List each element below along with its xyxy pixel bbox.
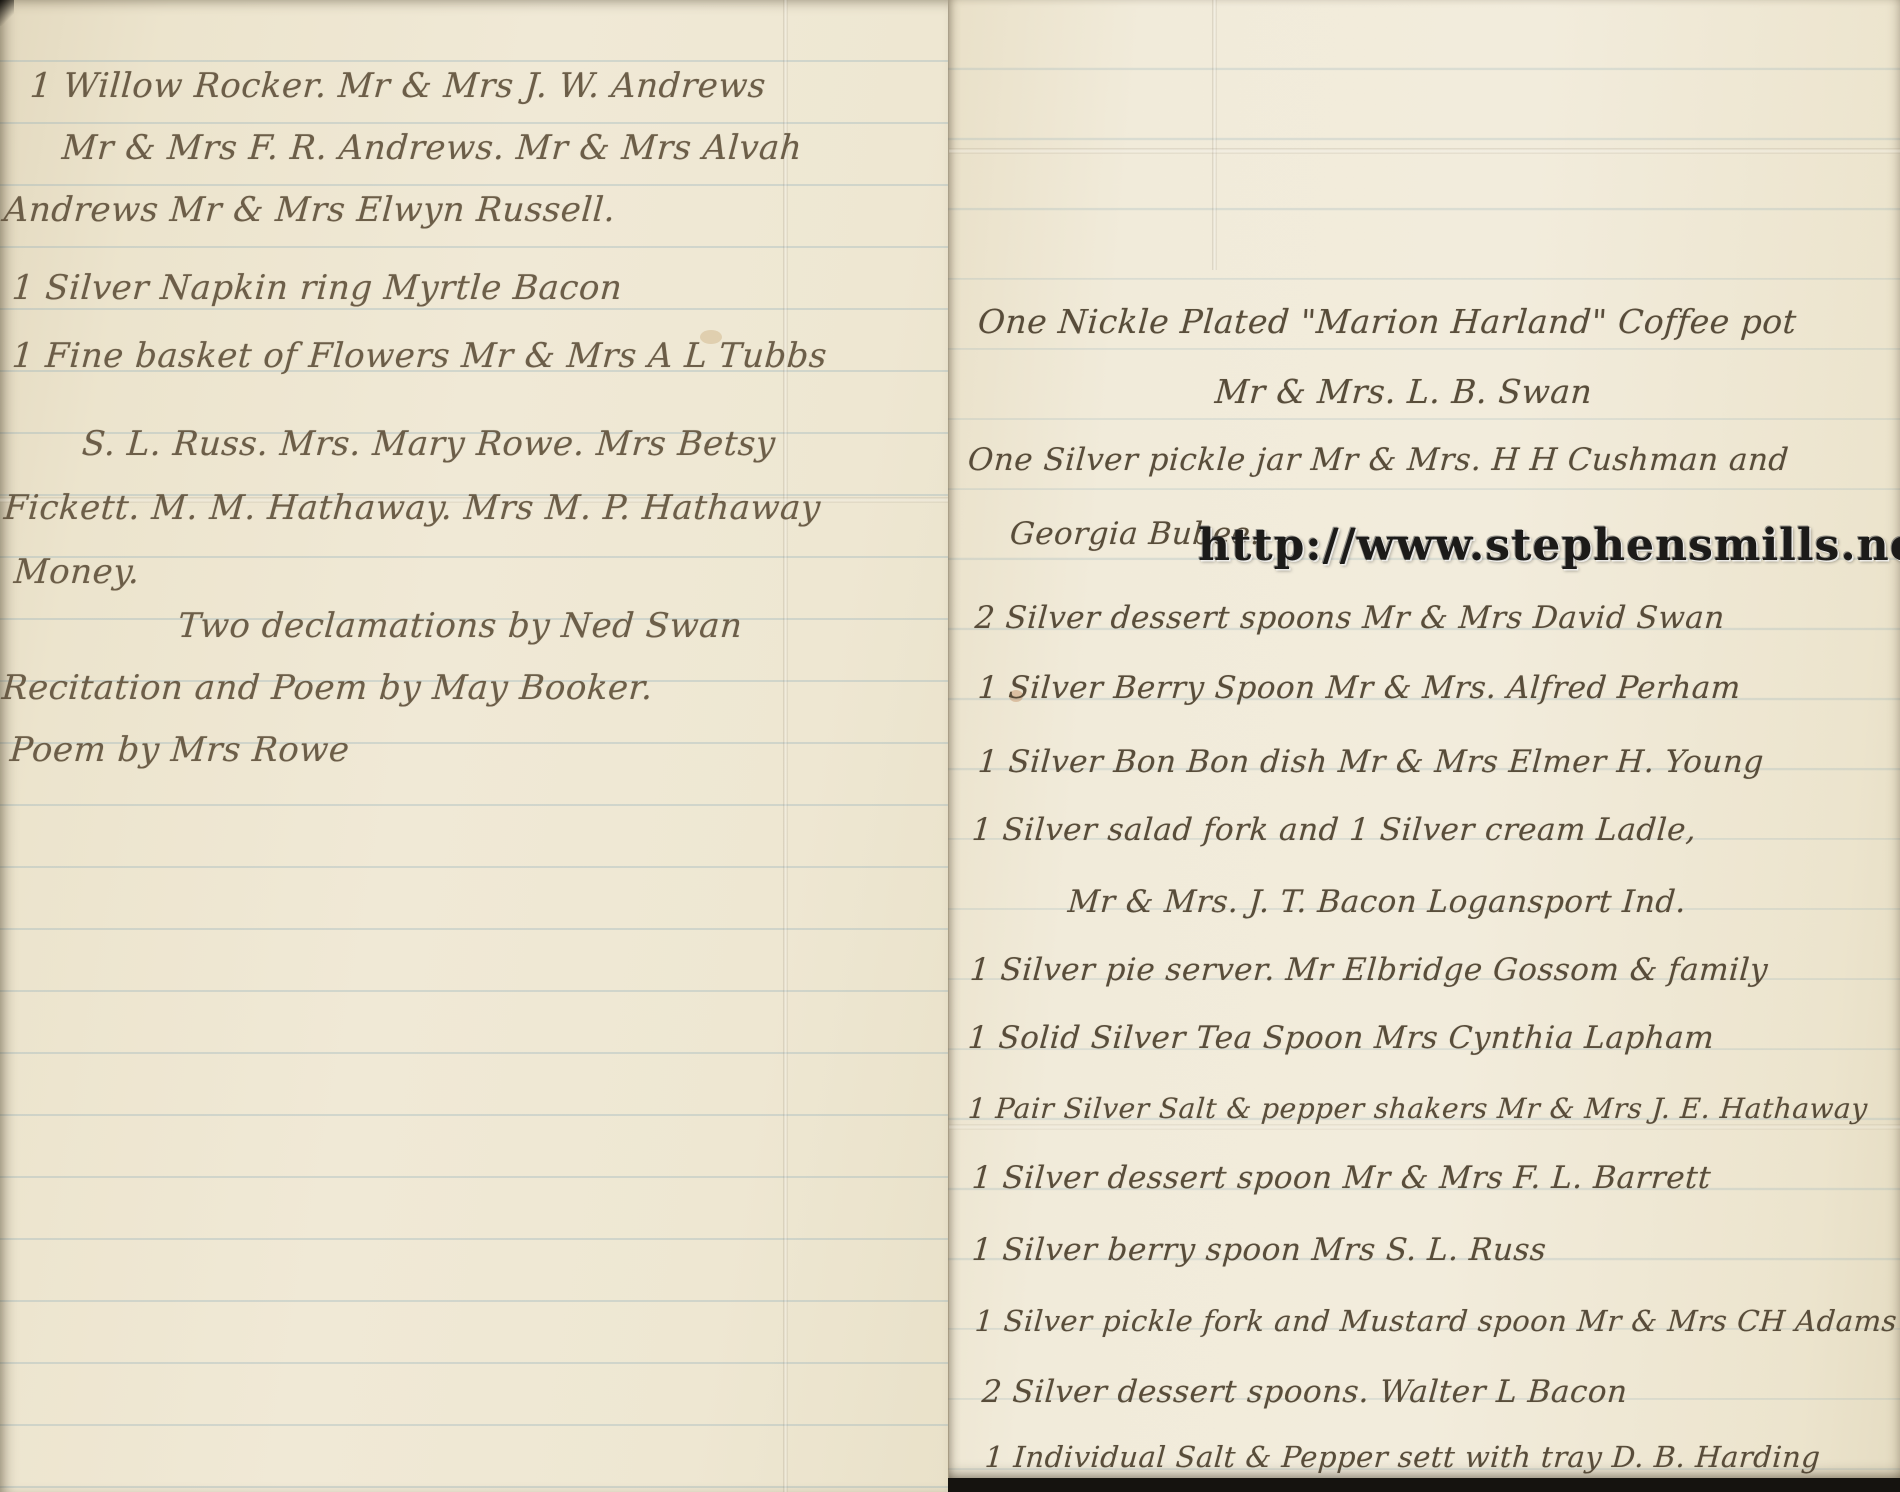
handwriting-line: 1 Silver Berry Spoon Mr & Mrs. Alfred Pe… xyxy=(977,670,1742,706)
website-watermark: http://www.stephensmills.net xyxy=(1198,520,1900,571)
handwriting-line: 1 Silver dessert spoon Mr & Mrs F. L. Ba… xyxy=(971,1160,1713,1196)
handwriting-line: 1 Silver pie server. Mr Elbridge Gossom … xyxy=(969,952,1769,988)
handwriting-line: 2 Silver dessert spoons. Walter L Bacon xyxy=(981,1374,1629,1410)
handwriting-line: 1 Silver Napkin ring Myrtle Bacon xyxy=(11,268,624,308)
handwriting-line: 1 Silver salad fork and 1 Silver cream L… xyxy=(971,812,1698,848)
handwriting-line: Money. xyxy=(13,552,142,592)
handwriting-line: 1 Silver Bon Bon dish Mr & Mrs Elmer H. … xyxy=(977,744,1765,780)
handwriting-line: Mr & Mrs F. R. Andrews. Mr & Mrs Alvah xyxy=(61,128,804,168)
handwriting-line: Mr & Mrs. J. T. Bacon Logansport Ind. xyxy=(1067,884,1688,920)
photo-corner-shadow xyxy=(0,0,14,26)
right-page-fold-crease xyxy=(1212,0,1217,270)
handwriting-line: 2 Silver dessert spoons Mr & Mrs David S… xyxy=(974,600,1726,636)
right-page-horizontal-crease-top xyxy=(949,148,1900,154)
handwriting-line: 1 Silver berry spoon Mrs S. L. Russ xyxy=(971,1232,1548,1268)
handwriting-line: Poem by Mrs Rowe xyxy=(9,730,351,770)
handwriting-line: Andrews Mr & Mrs Elwyn Russell. xyxy=(3,190,617,230)
handwriting-line: 1 Silver pickle fork and Mustard spoon M… xyxy=(974,1304,1898,1338)
handwriting-line: 1 Solid Silver Tea Spoon Mrs Cynthia Lap… xyxy=(967,1020,1716,1056)
handwriting-line: Recitation and Poem by May Booker. xyxy=(1,668,655,708)
handwriting-line: S. L. Russ. Mrs. Mary Rowe. Mrs Betsy xyxy=(81,424,777,464)
handwriting-line: 1 Individual Salt & Pepper sett with tra… xyxy=(984,1440,1822,1474)
handwriting-line: 1 Pair Silver Salt & pepper shakers Mr &… xyxy=(967,1092,1869,1125)
handwriting-line: Fickett. M. M. Hathaway. Mrs M. P. Hatha… xyxy=(3,488,822,528)
handwriting-line: 1 Willow Rocker. Mr & Mrs J. W. Andrews xyxy=(29,66,768,106)
handwriting-line: One Silver pickle jar Mr & Mrs. H H Cush… xyxy=(967,442,1790,478)
scanned-document: 1 Willow Rocker. Mr & Mrs J. W. Andrews … xyxy=(0,0,1900,1492)
handwriting-line: Mr & Mrs. L. B. Swan xyxy=(1214,372,1594,411)
handwriting-line: Two declamations by Ned Swan xyxy=(177,606,744,646)
handwriting-line: 1 Fine basket of Flowers Mr & Mrs A L Tu… xyxy=(11,336,829,376)
handwriting-line: One Nickle Plated "Marion Harland" Coffe… xyxy=(977,302,1798,341)
left-page-fold-crease xyxy=(783,0,788,1492)
